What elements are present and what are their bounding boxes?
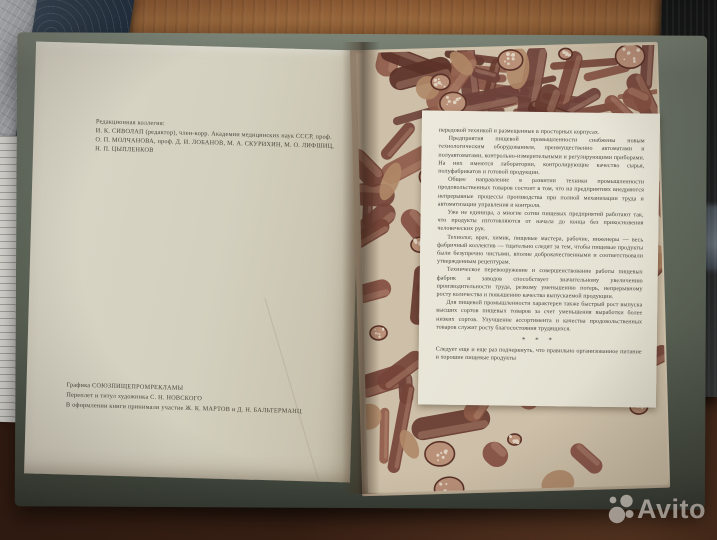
text-inset-page: передовой техникой и размещенные в прост… <box>418 110 660 407</box>
asterisk-separator: * * * <box>436 335 642 346</box>
body-paragraph: Общее направление в развитии техники про… <box>438 176 644 212</box>
body-paragraph: Предприятия пищевой промышленности снабж… <box>438 135 645 179</box>
avito-watermark: Avito <box>606 492 710 534</box>
book-gutter-shadow <box>342 42 380 494</box>
avito-wordmark: Avito <box>637 494 706 525</box>
left-page: Редакционная коллегия: И. К. СИВОЛАП (ре… <box>24 42 362 483</box>
body-paragraph: Техническое перевооружение и совершенств… <box>436 266 642 302</box>
body-paragraph: Уже не единицы, а многие сотни пищевых п… <box>437 209 643 236</box>
body-paragraph: Для пищевой промышленности характерен та… <box>436 299 642 335</box>
photo-of-open-book: КУРШСК Редакционная коллегия: И. К. СИВО… <box>0 0 717 540</box>
body-paragraph: Технолог, врач, химик, пищевые мастера, … <box>437 233 643 269</box>
avito-logo-icon <box>606 492 636 526</box>
body-paragraph: Следует еще и еще раз подчеркнуть, что п… <box>436 346 642 365</box>
editorial-board-block: Редакционная коллегия: И. К. СИВОЛАП (ре… <box>95 117 366 161</box>
